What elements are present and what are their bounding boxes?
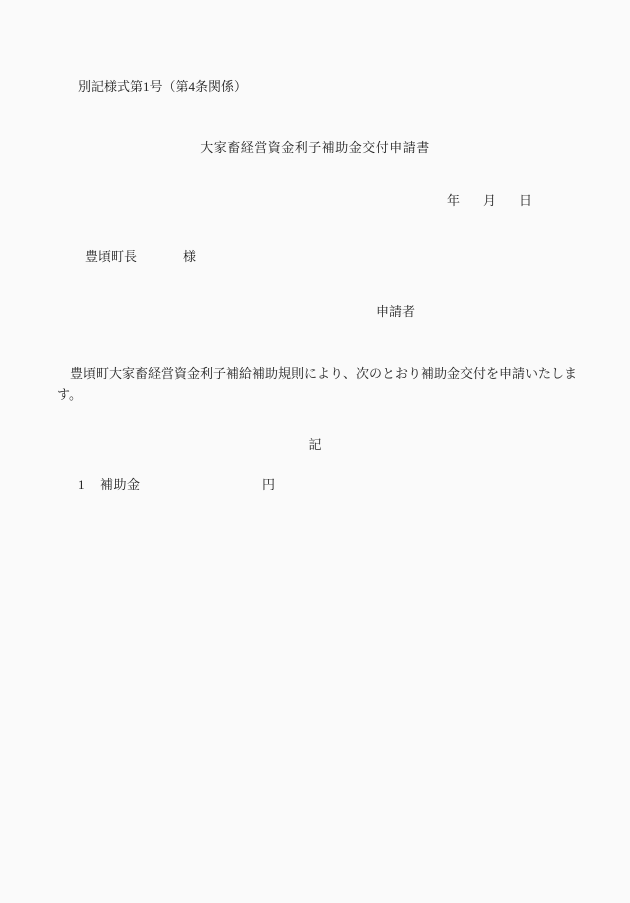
body-paragraph: 豊頃町大家畜経営資金利子補給補助規則により、次のとおり補助金交付を申請いたしま … [57, 363, 583, 405]
form-reference: 別記様式第1号（第4条関係） [78, 80, 247, 93]
item-label: 補助金 [100, 478, 141, 491]
document-title: 大家畜経営資金利子補助金交付申請書 [0, 141, 630, 154]
date-year-label: 年 [447, 194, 460, 207]
addressee-honorific: 様 [183, 250, 196, 263]
date-day-label: 日 [519, 194, 532, 207]
applicant-label: 申請者 [376, 305, 415, 318]
date-month-label: 月 [483, 194, 496, 207]
body-line-2: す。 [57, 384, 583, 405]
addressee-name: 豊頃町長 [85, 250, 137, 263]
list-heading: 記 [0, 438, 630, 451]
item-number: 1 [78, 478, 85, 491]
document-page: 別記様式第1号（第4条関係） 大家畜経営資金利子補助金交付申請書 年 月 日 豊… [0, 0, 630, 903]
item-unit: 円 [262, 478, 275, 491]
body-line-1: 豊頃町大家畜経営資金利子補給補助規則により、次のとおり補助金交付を申請いたしま [57, 363, 583, 384]
